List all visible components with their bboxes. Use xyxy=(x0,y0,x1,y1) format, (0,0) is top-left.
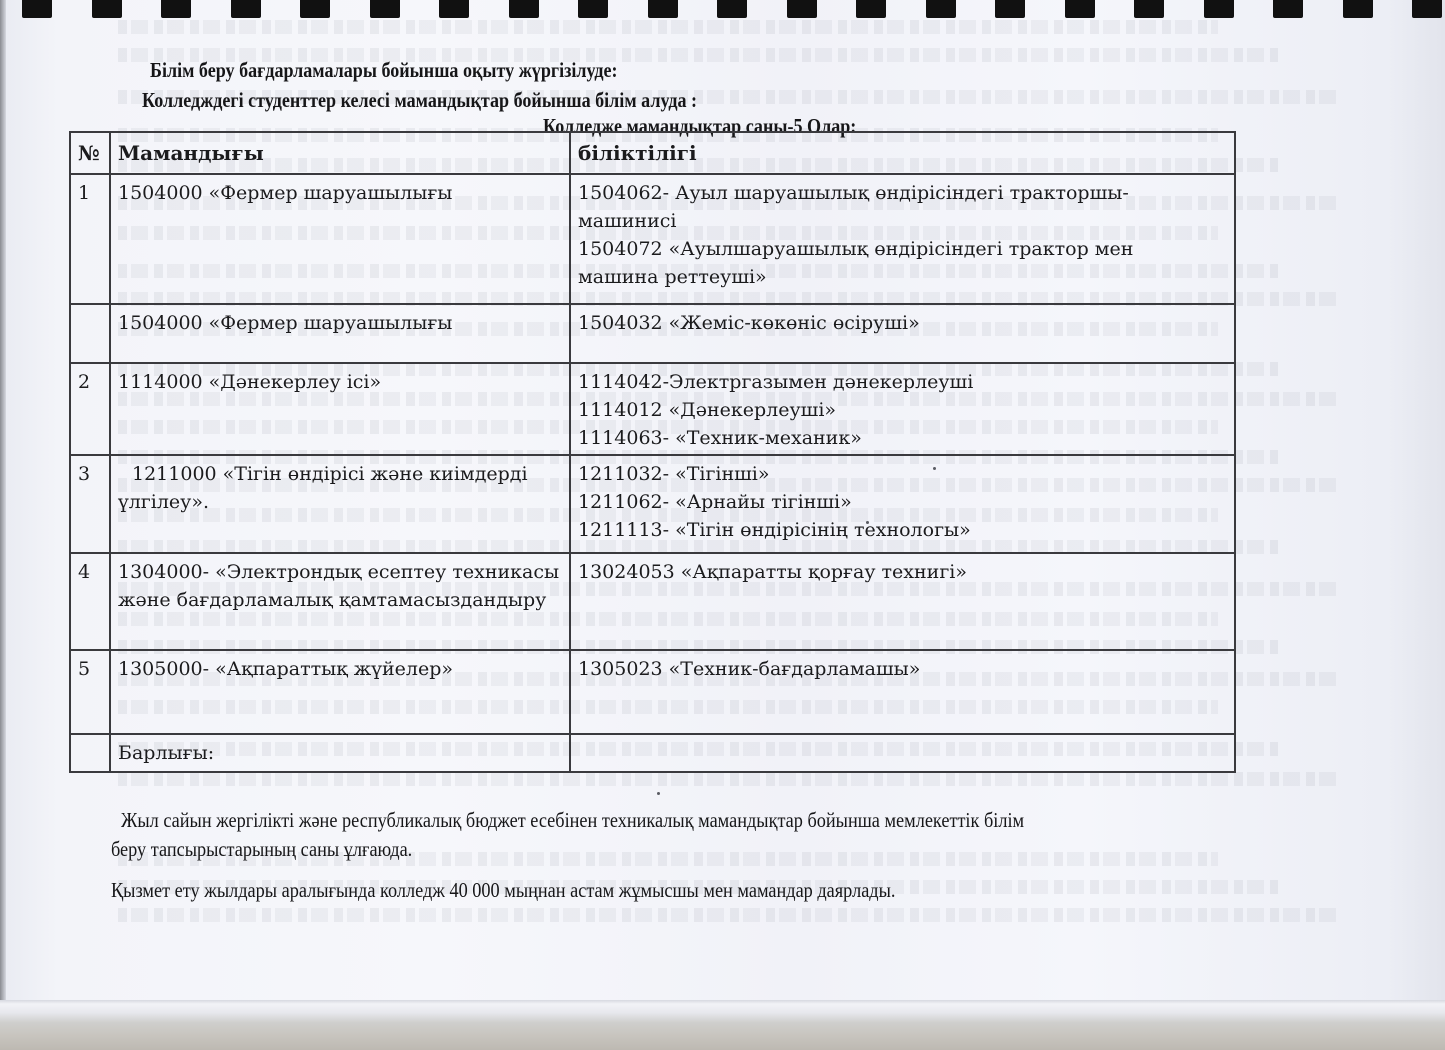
qualification-item: 1211062- «Арнайы тігінші» xyxy=(578,488,1228,516)
row-number: 3 xyxy=(70,455,110,553)
qualification-item: 1305023 «Техник-бағдарламашы» xyxy=(578,655,1228,683)
specialty-name: 1211000 «Тігін өндірісі және киімдерді ү… xyxy=(118,460,563,516)
row-number: 2 xyxy=(70,363,110,455)
table-row: 21114000 «Дәнекерлеу ісі»1114042-Электрг… xyxy=(70,363,1235,455)
spiral-binding-holes xyxy=(0,0,1445,20)
binding-hole xyxy=(22,0,52,18)
bleed-through-line xyxy=(118,20,1218,34)
binding-hole xyxy=(787,0,817,18)
binding-hole xyxy=(370,0,400,18)
students-heading: Колледждегі студенттер келесі мамандықта… xyxy=(142,88,697,112)
qualification-item: машинисі xyxy=(578,207,1228,235)
state-order-paragraph-line-1: Жыл сайын жергілікті және республикалық … xyxy=(121,806,1024,835)
intro-heading: Білім беру бағдарламалары бойынша оқыту … xyxy=(150,58,618,82)
qualification-cell: 1504062- Ауыл шаруашылық өндірісіндегі т… xyxy=(570,174,1235,304)
scan-speck xyxy=(657,792,660,795)
graduates-paragraph: Қызмет ету жылдары аралығында колледж 40… xyxy=(111,876,895,905)
binding-hole xyxy=(1134,0,1164,18)
page-stack-edge xyxy=(0,1000,1445,1050)
specialty-name: 1504000 «Фермер шаруашылығы xyxy=(118,309,563,337)
qualification-item: 1114063- «Техник-механик» xyxy=(578,424,1228,452)
bleed-through-line xyxy=(118,772,1338,786)
specialty-name: 1504000 «Фермер шаруашылығы xyxy=(118,179,563,207)
scan-speck xyxy=(866,521,869,524)
table-row: 1504000 «Фермер шаруашылығы1504032 «Жемі… xyxy=(70,304,1235,363)
binding-hole xyxy=(300,0,330,18)
binding-hole xyxy=(648,0,678,18)
specialties-table: № Мамандығы біліктілігі 11504000 «Фермер… xyxy=(69,131,1236,773)
binding-hole xyxy=(578,0,608,18)
specialty-cell: 1114000 «Дәнекерлеу ісі» xyxy=(110,363,570,455)
binding-hole xyxy=(161,0,191,18)
binding-hole xyxy=(1343,0,1373,18)
table-total-row: Барлығы: xyxy=(70,734,1235,772)
table-row: 41304000- «Электрондық есептеу техникасы… xyxy=(70,553,1235,650)
qualification-item: 1114012 «Дәнекерлеуші» xyxy=(578,396,1228,424)
binding-hole xyxy=(717,0,747,18)
qualification-item: 1504062- Ауыл шаруашылық өндірісіндегі т… xyxy=(578,179,1228,207)
binding-hole xyxy=(856,0,886,18)
specialty-name: 1114000 «Дәнекерлеу ісі» xyxy=(118,368,563,396)
binding-hole xyxy=(1412,0,1442,18)
table-row: 51305000- «Ақпараттық жүйелер»1305023 «Т… xyxy=(70,650,1235,734)
specialty-cell: 1211000 «Тігін өндірісі және киімдерді ү… xyxy=(110,455,570,553)
qualification-item: 1504072 «Ауылшаруашылық өндірісіндегі тр… xyxy=(578,235,1228,263)
qualification-cell: 1504032 «Жеміс-көкөніс өсіруші» xyxy=(570,304,1235,363)
qualification-cell: 1305023 «Техник-бағдарламашы» xyxy=(570,650,1235,734)
binding-hole xyxy=(1273,0,1303,18)
binding-hole xyxy=(1065,0,1095,18)
row-number xyxy=(70,304,110,363)
column-header-specialty: Мамандығы xyxy=(110,132,570,174)
specialty-cell: 1305000- «Ақпараттық жүйелер» xyxy=(110,650,570,734)
bleed-through-line xyxy=(118,908,1338,922)
qualification-item: 1211113- «Тігін өндірісінің технологы» xyxy=(578,516,1228,544)
scan-speck xyxy=(933,467,936,470)
binding-hole xyxy=(1204,0,1234,18)
total-number-cell xyxy=(70,734,110,772)
page-left-edge-shadow xyxy=(0,0,6,1000)
binding-hole xyxy=(231,0,261,18)
qualification-cell: 1114042-Электргазымен дәнекерлеуші111401… xyxy=(570,363,1235,455)
qualification-item: 1211032- «Тігінші» xyxy=(578,460,1228,488)
specialty-name: 1304000- «Электрондық есептеу техникасы … xyxy=(118,558,563,614)
specialty-name: 1305000- «Ақпараттық жүйелер» xyxy=(118,655,563,683)
binding-hole xyxy=(439,0,469,18)
scanned-page: Білім беру бағдарламалары бойынша оқыту … xyxy=(0,0,1445,1000)
column-header-qualification: біліктілігі xyxy=(570,132,1235,174)
binding-hole xyxy=(92,0,122,18)
qualification-item: машина реттеуші» xyxy=(578,263,1228,291)
state-order-paragraph-line-2: беру тапсырыстарының саны ұлғаюда. xyxy=(111,835,412,864)
table-row: 31211000 «Тігін өндірісі және киімдерді … xyxy=(70,455,1235,553)
row-number: 1 xyxy=(70,174,110,304)
qualification-cell: 1211032- «Тігінші»1211062- «Арнайы тігін… xyxy=(570,455,1235,553)
specialty-cell: 1504000 «Фермер шаруашылығы xyxy=(110,174,570,304)
qualification-item: 1114042-Электргазымен дәнекерлеуші xyxy=(578,368,1228,396)
table-row: 11504000 «Фермер шаруашылығы1504062- Ауы… xyxy=(70,174,1235,304)
binding-hole xyxy=(995,0,1025,18)
table-header-row: № Мамандығы біліктілігі xyxy=(70,132,1235,174)
row-number: 4 xyxy=(70,553,110,650)
total-label: Барлығы: xyxy=(110,734,570,772)
row-number: 5 xyxy=(70,650,110,734)
column-header-number: № xyxy=(70,132,110,174)
binding-hole xyxy=(926,0,956,18)
total-value xyxy=(570,734,1235,772)
qualification-item: 13024053 «Ақпаратты қорғау технигі» xyxy=(578,558,1228,586)
qualification-item: 1504032 «Жеміс-көкөніс өсіруші» xyxy=(578,309,1228,337)
binding-hole xyxy=(509,0,539,18)
specialty-cell: 1504000 «Фермер шаруашылығы xyxy=(110,304,570,363)
qualification-cell: 13024053 «Ақпаратты қорғау технигі» xyxy=(570,553,1235,650)
specialty-cell: 1304000- «Электрондық есептеу техникасы … xyxy=(110,553,570,650)
